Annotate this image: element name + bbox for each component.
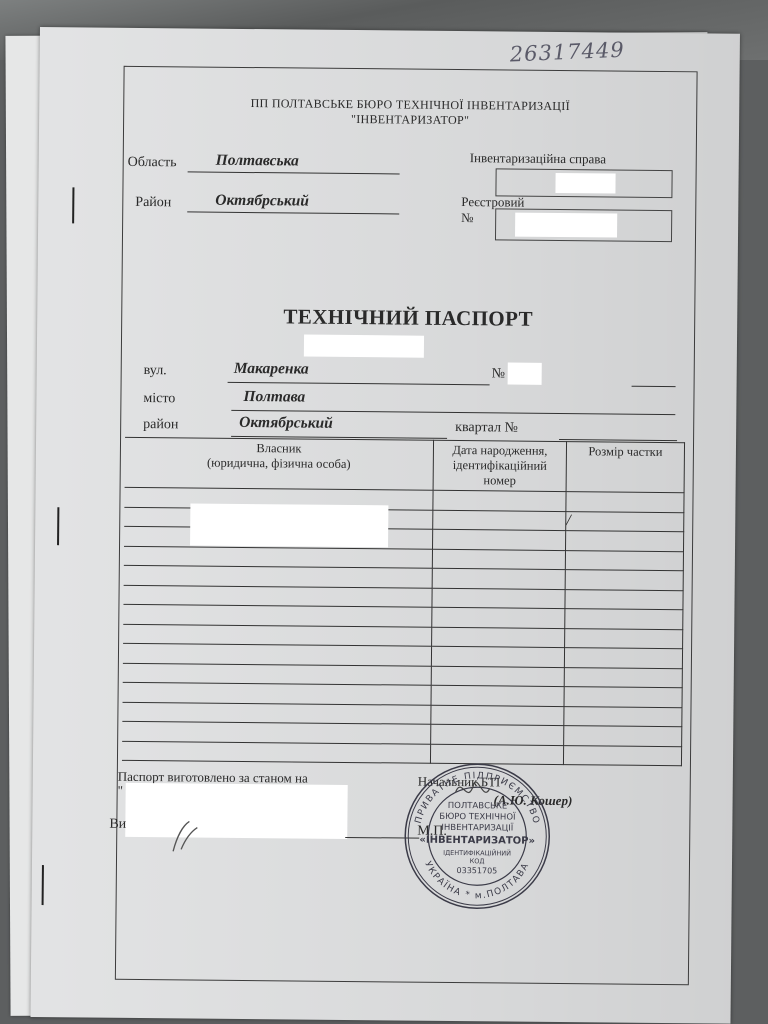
svg-text:ІНВЕНТАРИЗАЦІЇ: ІНВЕНТАРИЗАЦІЇ [441, 822, 513, 834]
owner-name-redacted [190, 503, 388, 547]
document-title: ТЕХНІЧНИЙ ПАСПОРТ [122, 303, 694, 333]
share-column-header: Розмір частки [566, 442, 684, 493]
svg-text:ПОЛТАВСЬКЕ: ПОЛТАВСЬКЕ [448, 801, 508, 812]
table-cell-id [431, 705, 564, 726]
table-cell-share [566, 531, 684, 552]
svg-text:БЮРО ТЕХНІЧНОЇ: БЮРО ТЕХНІЧНОЇ [439, 811, 516, 823]
district-label: Район [135, 195, 171, 211]
inventory-case-label: Інвентаризаційна справа [470, 150, 606, 167]
staple-mark-middle [57, 507, 59, 545]
apartment-underline [632, 386, 676, 387]
prepared-quote: " [118, 783, 123, 799]
registry-redacted [515, 213, 617, 238]
table-cell-share [564, 687, 682, 708]
table-cell-id [433, 510, 566, 531]
region-label: Область [128, 155, 177, 171]
staple-mark-top [72, 187, 74, 223]
official-stamp-icon: ПРИВАТНЕ ПІДПРИЄМСТВО УКРАЇНА * м.ПОЛТАВ… [403, 762, 552, 911]
city-label: місто [143, 391, 175, 407]
table-cell-id [432, 549, 565, 570]
table-cell-share [564, 648, 682, 669]
table-cell-id [431, 666, 564, 687]
table-cell-share [565, 589, 683, 610]
svg-text:«ІНВЕНТАРИЗАТОР»: «ІНВЕНТАРИЗАТОР» [419, 835, 535, 847]
house-number-label: № [492, 366, 506, 382]
table-cell-id [432, 568, 565, 589]
table-cell-id [432, 588, 565, 609]
table-cell-id [431, 685, 564, 706]
inventory-case-redacted [555, 173, 615, 194]
table-cell-id [431, 646, 564, 667]
table-cell-id [432, 607, 565, 628]
table-cell-id [433, 490, 566, 511]
table-cell-share [564, 706, 682, 727]
house-number-redacted [508, 363, 542, 385]
table-cell-share [565, 550, 683, 571]
document-page: 26317449 ПП ПОЛТАВСЬКЕ БЮРО ТЕХНІЧНОЇ ІН… [30, 27, 739, 1024]
city-value: Полтава [243, 388, 305, 407]
table-cell-share [565, 570, 683, 591]
owners-table: Власник (юридична, фізична особа) Дата н… [122, 437, 685, 766]
block-label: квартал № [455, 420, 518, 437]
svg-text:03351705: 03351705 [457, 866, 498, 875]
table-cell-share [564, 667, 682, 688]
table-row [122, 741, 682, 766]
document-frame: ПП ПОЛТАВСЬКЕ БЮРО ТЕХНІЧНОЇ ІНВЕНТАРИЗА… [115, 66, 698, 985]
svg-text:КОД: КОД [470, 857, 485, 865]
city-district-label: район [143, 417, 178, 433]
staple-mark-bottom [42, 865, 44, 905]
street-underline [228, 382, 490, 386]
street-label: вул. [144, 363, 167, 379]
district-value: Октябрський [215, 192, 309, 211]
table-cell-share [565, 628, 683, 649]
table-cell-id [433, 529, 566, 550]
region-value: Полтавська [216, 152, 299, 171]
region-underline [188, 171, 400, 174]
table-cell-share [565, 609, 683, 630]
table-cell-share [564, 726, 682, 747]
table-cell-share [563, 745, 681, 766]
table-cell-share: / [566, 511, 684, 532]
registry-number-sign: № [461, 210, 474, 226]
issued-prefix: Ви [109, 817, 126, 833]
title-subtitle-redacted [304, 335, 424, 358]
owner-column-header: Власник (юридична, фізична особа) [125, 437, 434, 490]
table-cell-id [431, 724, 564, 745]
district-underline [187, 211, 399, 214]
city-district-value: Октябрський [239, 414, 333, 433]
handwritten-number: 26317449 [509, 38, 625, 67]
id-column-header: Дата народження, ідентифікаційний номер [433, 440, 566, 491]
table-cell-owner [122, 741, 431, 763]
table-cell-share [566, 492, 684, 513]
table-cell-id [432, 627, 565, 648]
street-value: Макаренка [234, 360, 309, 379]
signature-icon [167, 815, 207, 855]
prepared-date-redacted [125, 783, 348, 839]
svg-text:ІДЕНТИФІКАЦІЙНИЙ: ІДЕНТИФІКАЦІЙНИЙ [443, 848, 511, 858]
